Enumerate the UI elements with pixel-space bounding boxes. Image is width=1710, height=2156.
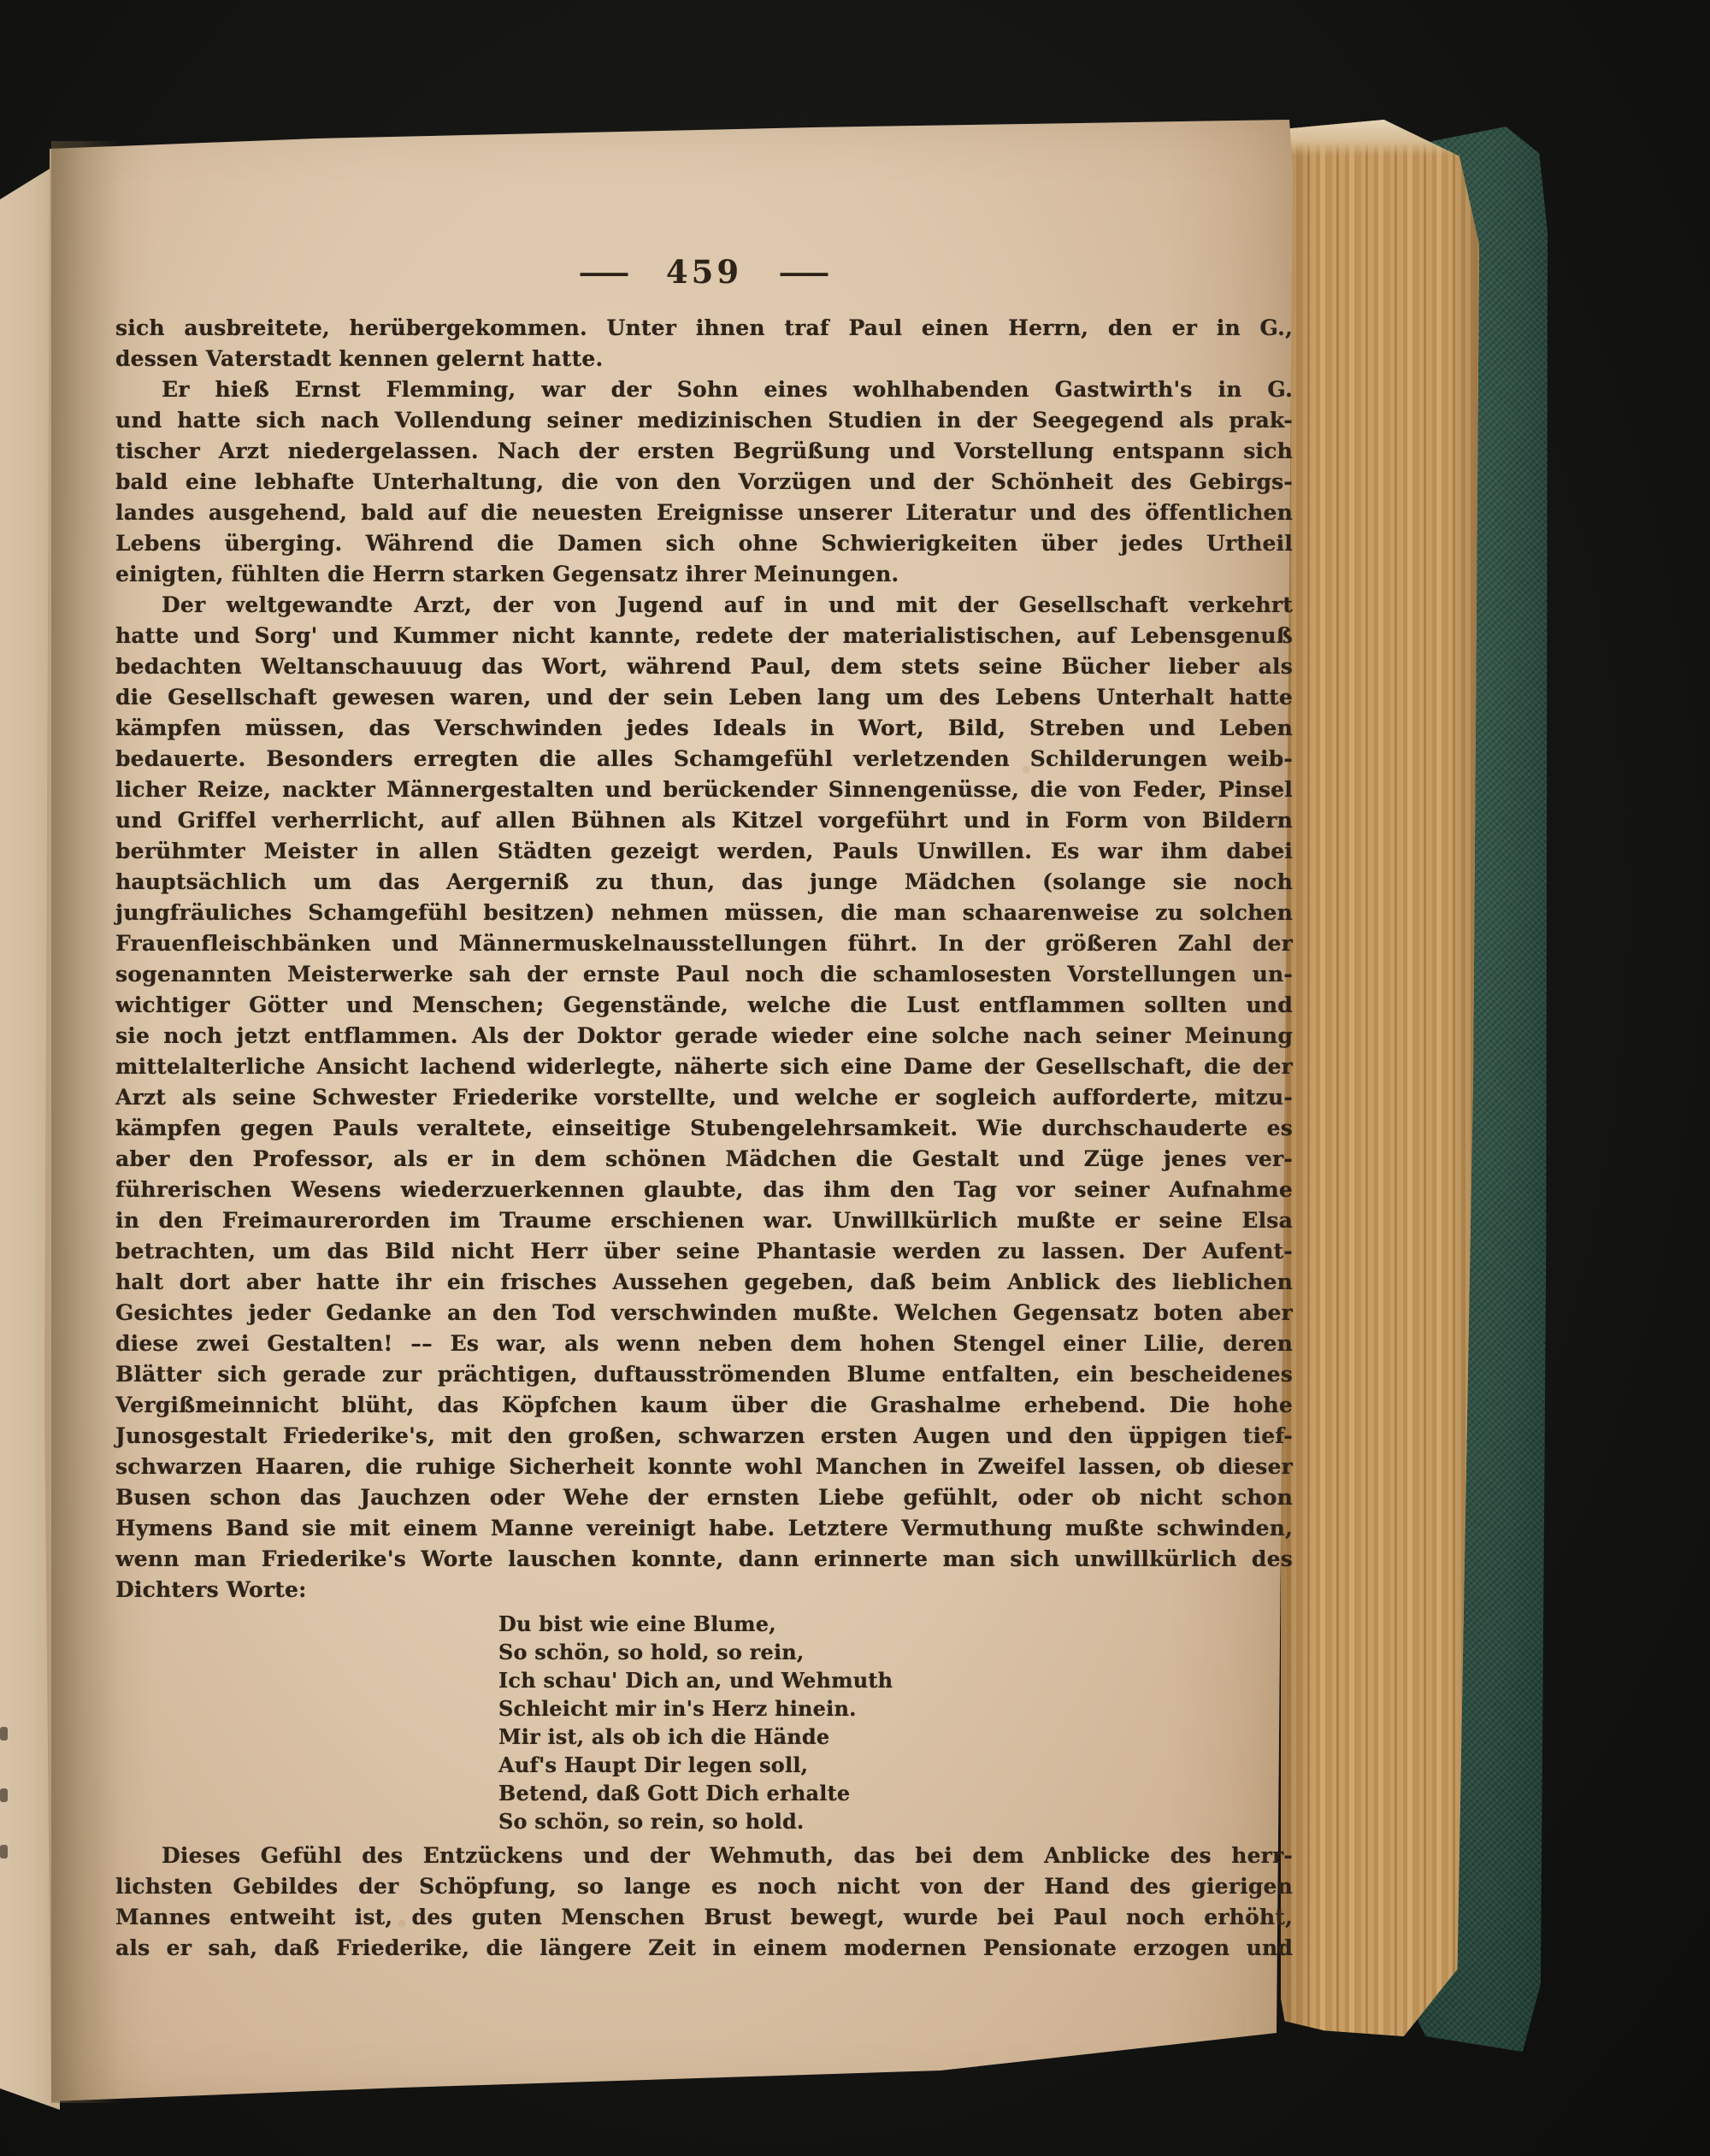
text-line: Mir ist, als ob ich die Hände bbox=[498, 1723, 1293, 1751]
text-line: Blätter sich gerade zur prächtigen, duft… bbox=[115, 1359, 1293, 1390]
page-block-fore-edge bbox=[1281, 120, 1479, 2036]
text-line: einigten, fühlten die Herrn starken Gege… bbox=[115, 559, 1293, 590]
text-line: bald eine lebhafte Unterhaltung, die von… bbox=[115, 467, 1293, 498]
text-line: kämpfen müssen, das Verschwinden jedes I… bbox=[115, 713, 1293, 744]
text-line: Betend, daß Gott Dich erhalte bbox=[498, 1779, 1293, 1807]
text-line: Auf's Haupt Dir legen soll, bbox=[498, 1751, 1293, 1779]
text-line: Hymens Band sie mit einem Manne vereinig… bbox=[115, 1513, 1293, 1544]
text-block: sich ausbreitete, herübergekommen. Unter… bbox=[115, 313, 1293, 1964]
text-line: tischer Arzt niedergelassen. Nach der er… bbox=[115, 436, 1293, 467]
text-line: hatte und Sorg' und Kummer nicht kannte,… bbox=[115, 621, 1293, 651]
text-line: mittelalterliche Ansicht lachend widerle… bbox=[115, 1051, 1293, 1082]
text-line: lichsten Gebildes der Schöpfung, so lang… bbox=[115, 1871, 1293, 1902]
header-dash: — bbox=[777, 256, 831, 289]
paragraph: Er hieß Ernst Flemming, war der Sohn ein… bbox=[115, 374, 1293, 590]
text-line: sogenannten Meisterwerke sah der ernste … bbox=[115, 959, 1293, 990]
text-line: Der weltgewandte Arzt, der von Jugend au… bbox=[115, 590, 1293, 621]
text-line: Dieses Gefühl des Entzückens und der Weh… bbox=[115, 1841, 1293, 1871]
partial-glyph-mark bbox=[0, 1788, 8, 1802]
text-line: Schleicht mir in's Herz hinein. bbox=[498, 1694, 1293, 1723]
text-line: Du bist wie eine Blume, bbox=[498, 1610, 1293, 1638]
text-line: Busen schon das Jauchzen oder Wehe der e… bbox=[115, 1482, 1293, 1513]
page-number: 459 bbox=[666, 253, 742, 291]
text-line: diese zwei Gestalten! –– Es war, als wen… bbox=[115, 1328, 1293, 1359]
text-line: wichtiger Götter und Menschen; Gegenstän… bbox=[115, 990, 1293, 1021]
text-line: sie noch jetzt entflammen. Als der Dokto… bbox=[115, 1021, 1293, 1051]
page-number-header: — 459 — bbox=[115, 253, 1293, 291]
paragraph: Dieses Gefühl des Entzückens und der Weh… bbox=[115, 1841, 1293, 1964]
photo-background: — 459 — sich ausbreitete, herübergekomme… bbox=[0, 0, 1710, 2156]
text-line: kämpfen gegen Pauls veraltete, einseitig… bbox=[115, 1113, 1293, 1144]
text-line: und Griffel verherrlicht, auf allen Bühn… bbox=[115, 805, 1293, 836]
text-line: berühmter Meister in allen Städten gezei… bbox=[115, 836, 1293, 867]
text-line: führerischen Wesens wiederzuerkennen gla… bbox=[115, 1175, 1293, 1205]
partial-glyph-mark bbox=[0, 1727, 8, 1741]
text-line: und hatte sich nach Vollendung seiner me… bbox=[115, 405, 1293, 436]
text-line: sich ausbreitete, herübergekommen. Unter… bbox=[115, 313, 1293, 344]
text-line: Er hieß Ernst Flemming, war der Sohn ein… bbox=[115, 374, 1293, 405]
text-line: aber den Professor, als er in dem schöne… bbox=[115, 1144, 1293, 1175]
text-line: jungfräuliches Schamgefühl besitzen) neh… bbox=[115, 898, 1293, 928]
text-line: Mannes entweiht ist, des guten Menschen … bbox=[115, 1902, 1293, 1933]
text-line: die Gesellschaft gewesen waren, und der … bbox=[115, 682, 1293, 713]
text-line: betrachten, um das Bild nicht Herr über … bbox=[115, 1236, 1293, 1267]
text-line: als er sah, daß Friederike, die längere … bbox=[115, 1933, 1293, 1964]
text-line: Vergißmeinnicht blüht, das Köpfchen kaum… bbox=[115, 1390, 1293, 1421]
paragraph: sich ausbreitete, herübergekommen. Unter… bbox=[115, 313, 1293, 374]
text-line: licher Reize, nackter Männergestalten un… bbox=[115, 775, 1293, 805]
text-line: Lebens überging. Während die Damen sich … bbox=[115, 528, 1293, 559]
text-line: Junosgestalt Friederike's, mit den große… bbox=[115, 1421, 1293, 1452]
header-dash: — bbox=[577, 256, 631, 289]
partial-glyph-mark bbox=[0, 1845, 8, 1859]
text-line: Dichters Worte: bbox=[115, 1575, 1293, 1605]
text-line: landes ausgehend, bald auf die neuesten … bbox=[115, 498, 1293, 528]
text-line: hauptsächlich um das Aergerniß zu thun, … bbox=[115, 867, 1293, 898]
text-line: Gesichtes jeder Gedanke an den Tod versc… bbox=[115, 1298, 1293, 1328]
text-line: Arzt als seine Schwester Friederike vors… bbox=[115, 1082, 1293, 1113]
paragraph: Der weltgewandte Arzt, der von Jugend au… bbox=[115, 590, 1293, 1605]
text-line: in den Freimaurerorden im Traume erschie… bbox=[115, 1205, 1293, 1236]
text-line: schwarzen Haaren, die ruhige Sicherheit … bbox=[115, 1452, 1293, 1482]
text-line: wenn man Friederike's Worte lauschen kon… bbox=[115, 1544, 1293, 1575]
text-line: halt dort aber hatte ihr ein frisches Au… bbox=[115, 1267, 1293, 1298]
text-line: Frauenfleischbänken und Männermuskelnaus… bbox=[115, 928, 1293, 959]
text-line: So schön, so hold, so rein, bbox=[498, 1638, 1293, 1666]
text-line: dessen Vaterstadt kennen gelernt hatte. bbox=[115, 344, 1293, 374]
text-line: Ich schau' Dich an, und Wehmuth bbox=[498, 1666, 1293, 1694]
text-line: bedachten Weltanschauuug das Wort, währe… bbox=[115, 651, 1293, 682]
poem: Du bist wie eine Blume,So schön, so hold… bbox=[498, 1610, 1293, 1835]
text-line: So schön, so rein, so hold. bbox=[498, 1807, 1293, 1835]
text-line: bedauerte. Besonders erregten die alles … bbox=[115, 744, 1293, 775]
